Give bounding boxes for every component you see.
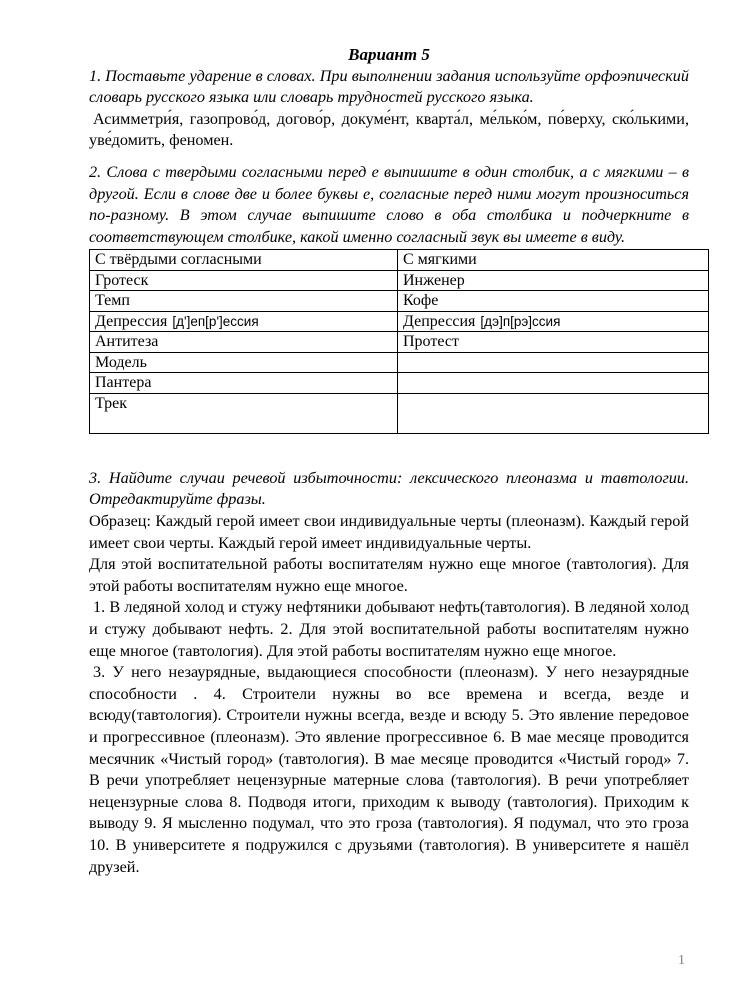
- table-row: Гротеск Инженер: [90, 270, 709, 291]
- table-cell: Темп: [90, 291, 398, 312]
- document-page: Вариант 5 1. Поставьте ударение в словах…: [0, 0, 737, 1005]
- table-header-row: С твёрдыми согласными С мягкими: [90, 250, 709, 271]
- table-row: Трек: [90, 393, 709, 433]
- table-cell: Антитеза: [90, 332, 398, 353]
- table-cell: [398, 393, 709, 433]
- table-row: Антитеза Протест: [90, 332, 709, 353]
- consonants-table: С твёрдыми согласными С мягкими Гротеск …: [89, 249, 709, 434]
- task1-prompt: 1. Поставьте ударение в словах. При выпо…: [89, 66, 689, 109]
- cell-word: Гротеск: [95, 272, 148, 289]
- cell-word: Протест: [403, 333, 459, 350]
- page-number: 1: [678, 953, 685, 969]
- variant-title: Вариант 5: [89, 44, 689, 66]
- table-cell: Модель: [90, 352, 398, 373]
- cell-transcription: [д']еп[р']ессия: [172, 314, 258, 329]
- cell-word: Кофе: [403, 292, 438, 309]
- cell-word: Инженер: [403, 272, 465, 289]
- task3-example: Образец: Каждый герой имеет свои индивид…: [89, 511, 689, 554]
- task3-paragraph: 3. У него незаурядные, выдающиеся способ…: [89, 662, 689, 878]
- table-cell: Пантера: [90, 373, 398, 394]
- table-cell: [398, 352, 709, 373]
- table-cell: Инженер: [398, 270, 709, 291]
- task2-prompt: 2. Слова с твердыми согласными перед е в…: [89, 162, 689, 248]
- table-row: Пантера: [90, 373, 709, 394]
- table-cell: Гротеск: [90, 270, 398, 291]
- table-row: Депрессия[д']еп[р']ессия Депрессия[дэ]п[…: [90, 311, 709, 332]
- table-header-soft: С мягкими: [398, 250, 709, 271]
- cell-word: Трек: [95, 395, 127, 412]
- cell-word: Пантера: [95, 374, 151, 391]
- table-cell: Трек: [90, 393, 398, 433]
- task3-prompt: 3. Найдите случаи речевой избыточности: …: [89, 468, 689, 511]
- task3-paragraph: Для этой воспитательной работы воспитате…: [89, 554, 689, 597]
- table-row: Модель: [90, 352, 709, 373]
- table-row: Темп Кофе: [90, 291, 709, 312]
- table-header-hard: С твёрдыми согласными: [90, 250, 398, 271]
- document-content: Вариант 5 1. Поставьте ударение в словах…: [89, 44, 689, 878]
- table-cell: [398, 373, 709, 394]
- cell-word: Антитеза: [95, 333, 158, 350]
- cell-transcription: [дэ]п[рэ]ссия: [480, 314, 560, 329]
- task3-paragraph: 1. В ледяной холод и стужу нефтяники доб…: [89, 597, 689, 662]
- cell-word: Модель: [95, 354, 147, 371]
- table-cell: Кофе: [398, 291, 709, 312]
- task1-word-list: Асимметри́я, газопрово́д, догово́р, доку…: [89, 109, 689, 152]
- cell-word: Депрессия: [95, 313, 167, 330]
- table-cell: Протест: [398, 332, 709, 353]
- cell-word: Темп: [95, 292, 130, 309]
- table-cell: Депрессия[д']еп[р']ессия: [90, 311, 398, 332]
- table-cell: Депрессия[дэ]п[рэ]ссия: [398, 311, 709, 332]
- cell-word: Депрессия: [403, 313, 475, 330]
